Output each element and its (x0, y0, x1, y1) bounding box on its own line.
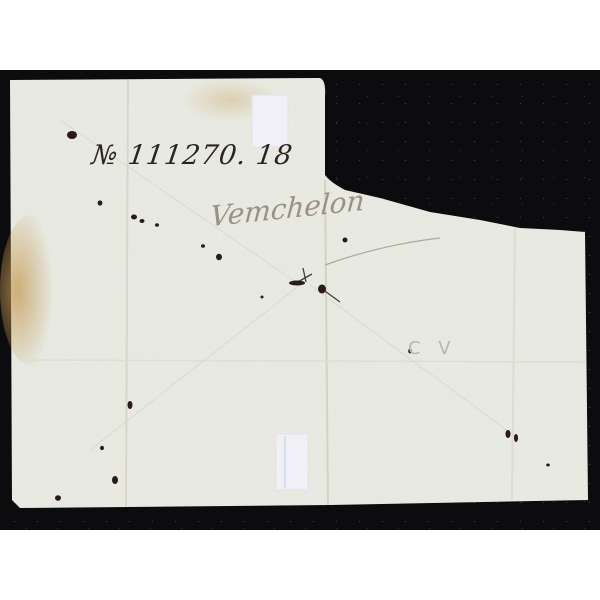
document-paper (0, 0, 600, 600)
document-number: № 111270. 18 (90, 140, 295, 171)
mounting-tape (276, 434, 308, 490)
embossed-mark: C V (408, 338, 457, 359)
foxing-stain (0, 215, 60, 365)
